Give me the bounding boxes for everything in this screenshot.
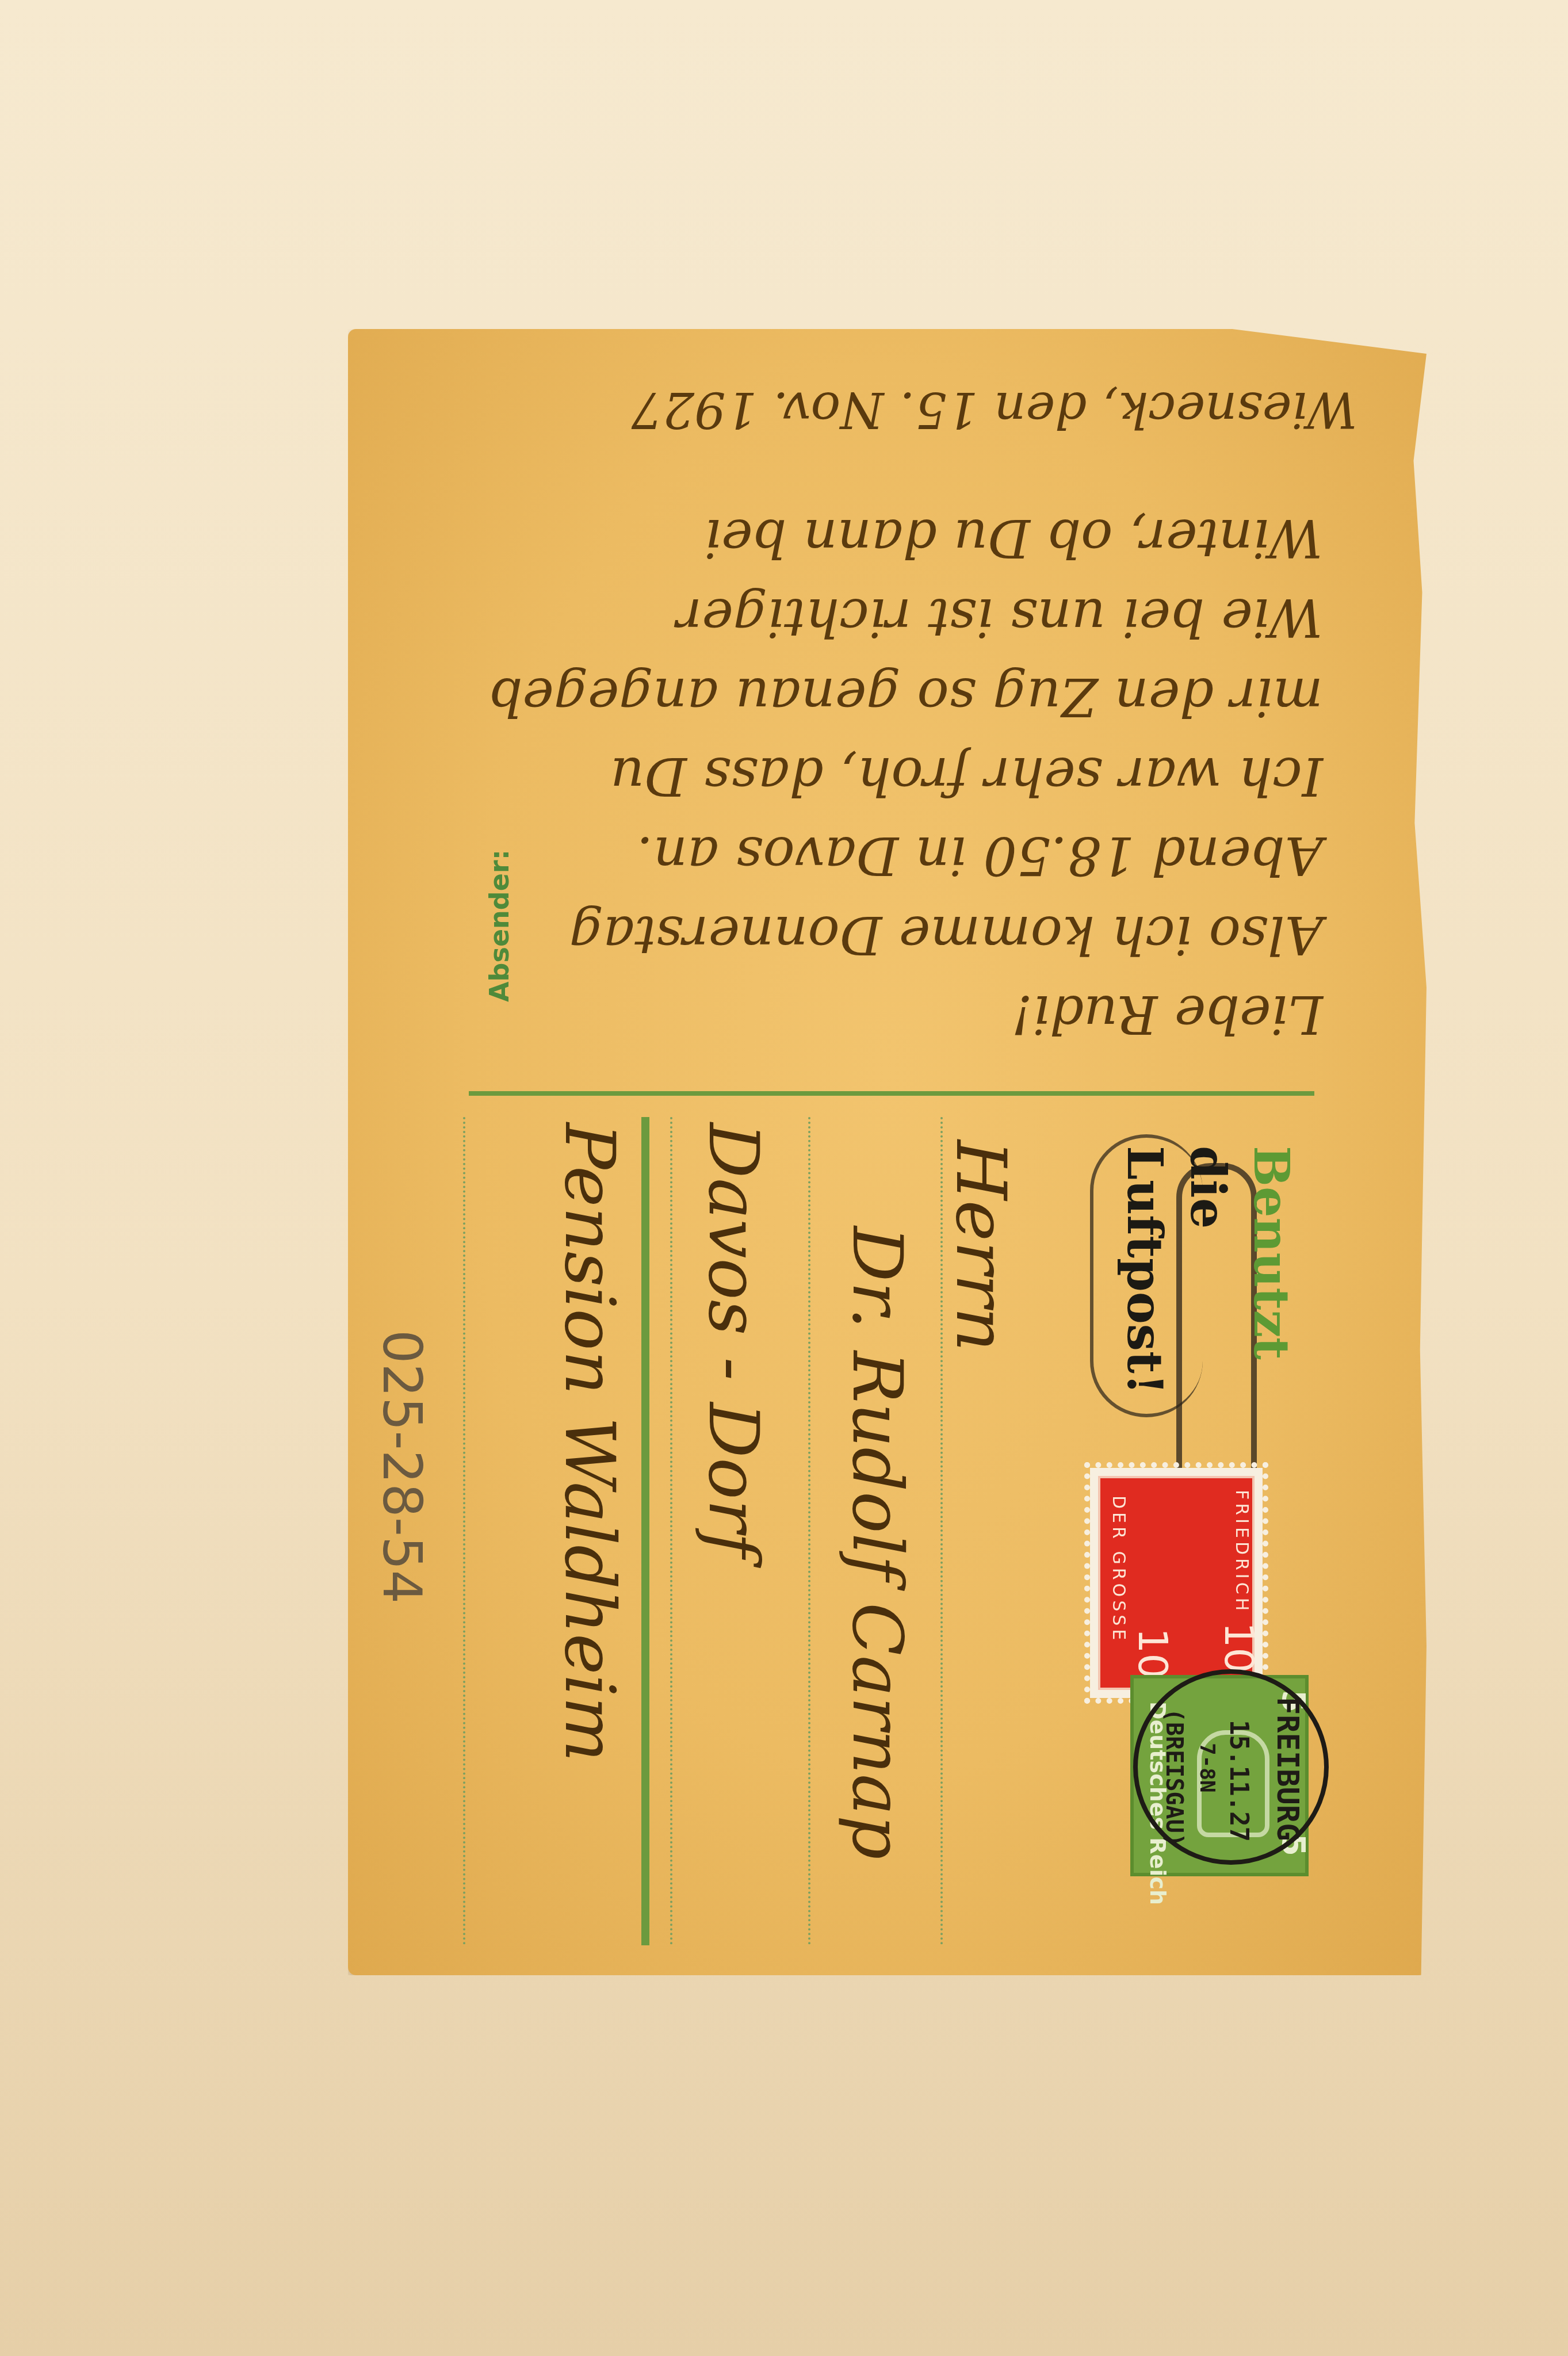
postmark-region: (BREISGAU) (1161, 1708, 1187, 1847)
sender-label: Absender: (484, 850, 515, 1002)
slogan-line: Luftpost! (1116, 1146, 1173, 1395)
stamp-bottom-text: DER GROSSE (1108, 1496, 1129, 1643)
address-line: Pension Waldheim (549, 1123, 629, 1762)
slogan-line: Benutzt (1243, 1146, 1300, 1360)
stamp-value: 10 (1215, 1622, 1263, 1673)
message-line: mir den Zug so genau angegeb (460, 657, 1323, 736)
address-line: Dr. Rudolf Carnap (837, 1226, 917, 1860)
date-line: Wiesneck, den 15. Nov. 1927 (632, 381, 1357, 438)
postmark: FREIBURG (BREISGAU) 15.11.27 7-8N (1133, 1669, 1329, 1865)
stamp-10-red: FRIEDRICH DER GROSSE 10 10 (1090, 1468, 1263, 1698)
archive-number: 025-28-54 (371, 1330, 433, 1604)
postmark-date: 15.11.27 (1224, 1720, 1253, 1842)
address-dotted-line (670, 1117, 672, 1945)
postcard: Liebe Rudi! Also ich komme Donnerstag Ab… (348, 329, 1427, 1975)
message-line: Abend 18.50 in Davos an. (460, 816, 1323, 895)
message-block-upside-down: Liebe Rudi! Also ich komme Donnerstag Ab… (348, 329, 1427, 1077)
slogan-line: die (1180, 1146, 1237, 1229)
message-line: Wie bei uns ist richtiger (460, 577, 1323, 657)
message-salutation: Liebe Rudi! (460, 974, 1323, 1054)
postmark-time: 7-8N (1195, 1743, 1219, 1793)
stamp-value: 10 (1129, 1628, 1176, 1679)
printed-divider-horizontal (469, 1091, 1314, 1096)
message-line: Winter, ob Du dann bei (460, 498, 1323, 577)
address-dotted-line (808, 1117, 810, 1945)
postmark-city: FREIBURG (1270, 1697, 1305, 1841)
printed-divider-vertical (641, 1117, 649, 1945)
handwritten-message: Liebe Rudi! Also ich komme Donnerstag Ab… (460, 498, 1323, 1054)
stamp-top-text: FRIEDRICH (1232, 1490, 1252, 1614)
address-line: Herrn (940, 1140, 1020, 1352)
address-dotted-line (463, 1117, 465, 1945)
message-line: Ich war sehr froh, dass Du (460, 736, 1323, 816)
message-line: Also ich komme Donnerstag (460, 895, 1323, 974)
address-line: Davos - Dorf (693, 1123, 773, 1558)
